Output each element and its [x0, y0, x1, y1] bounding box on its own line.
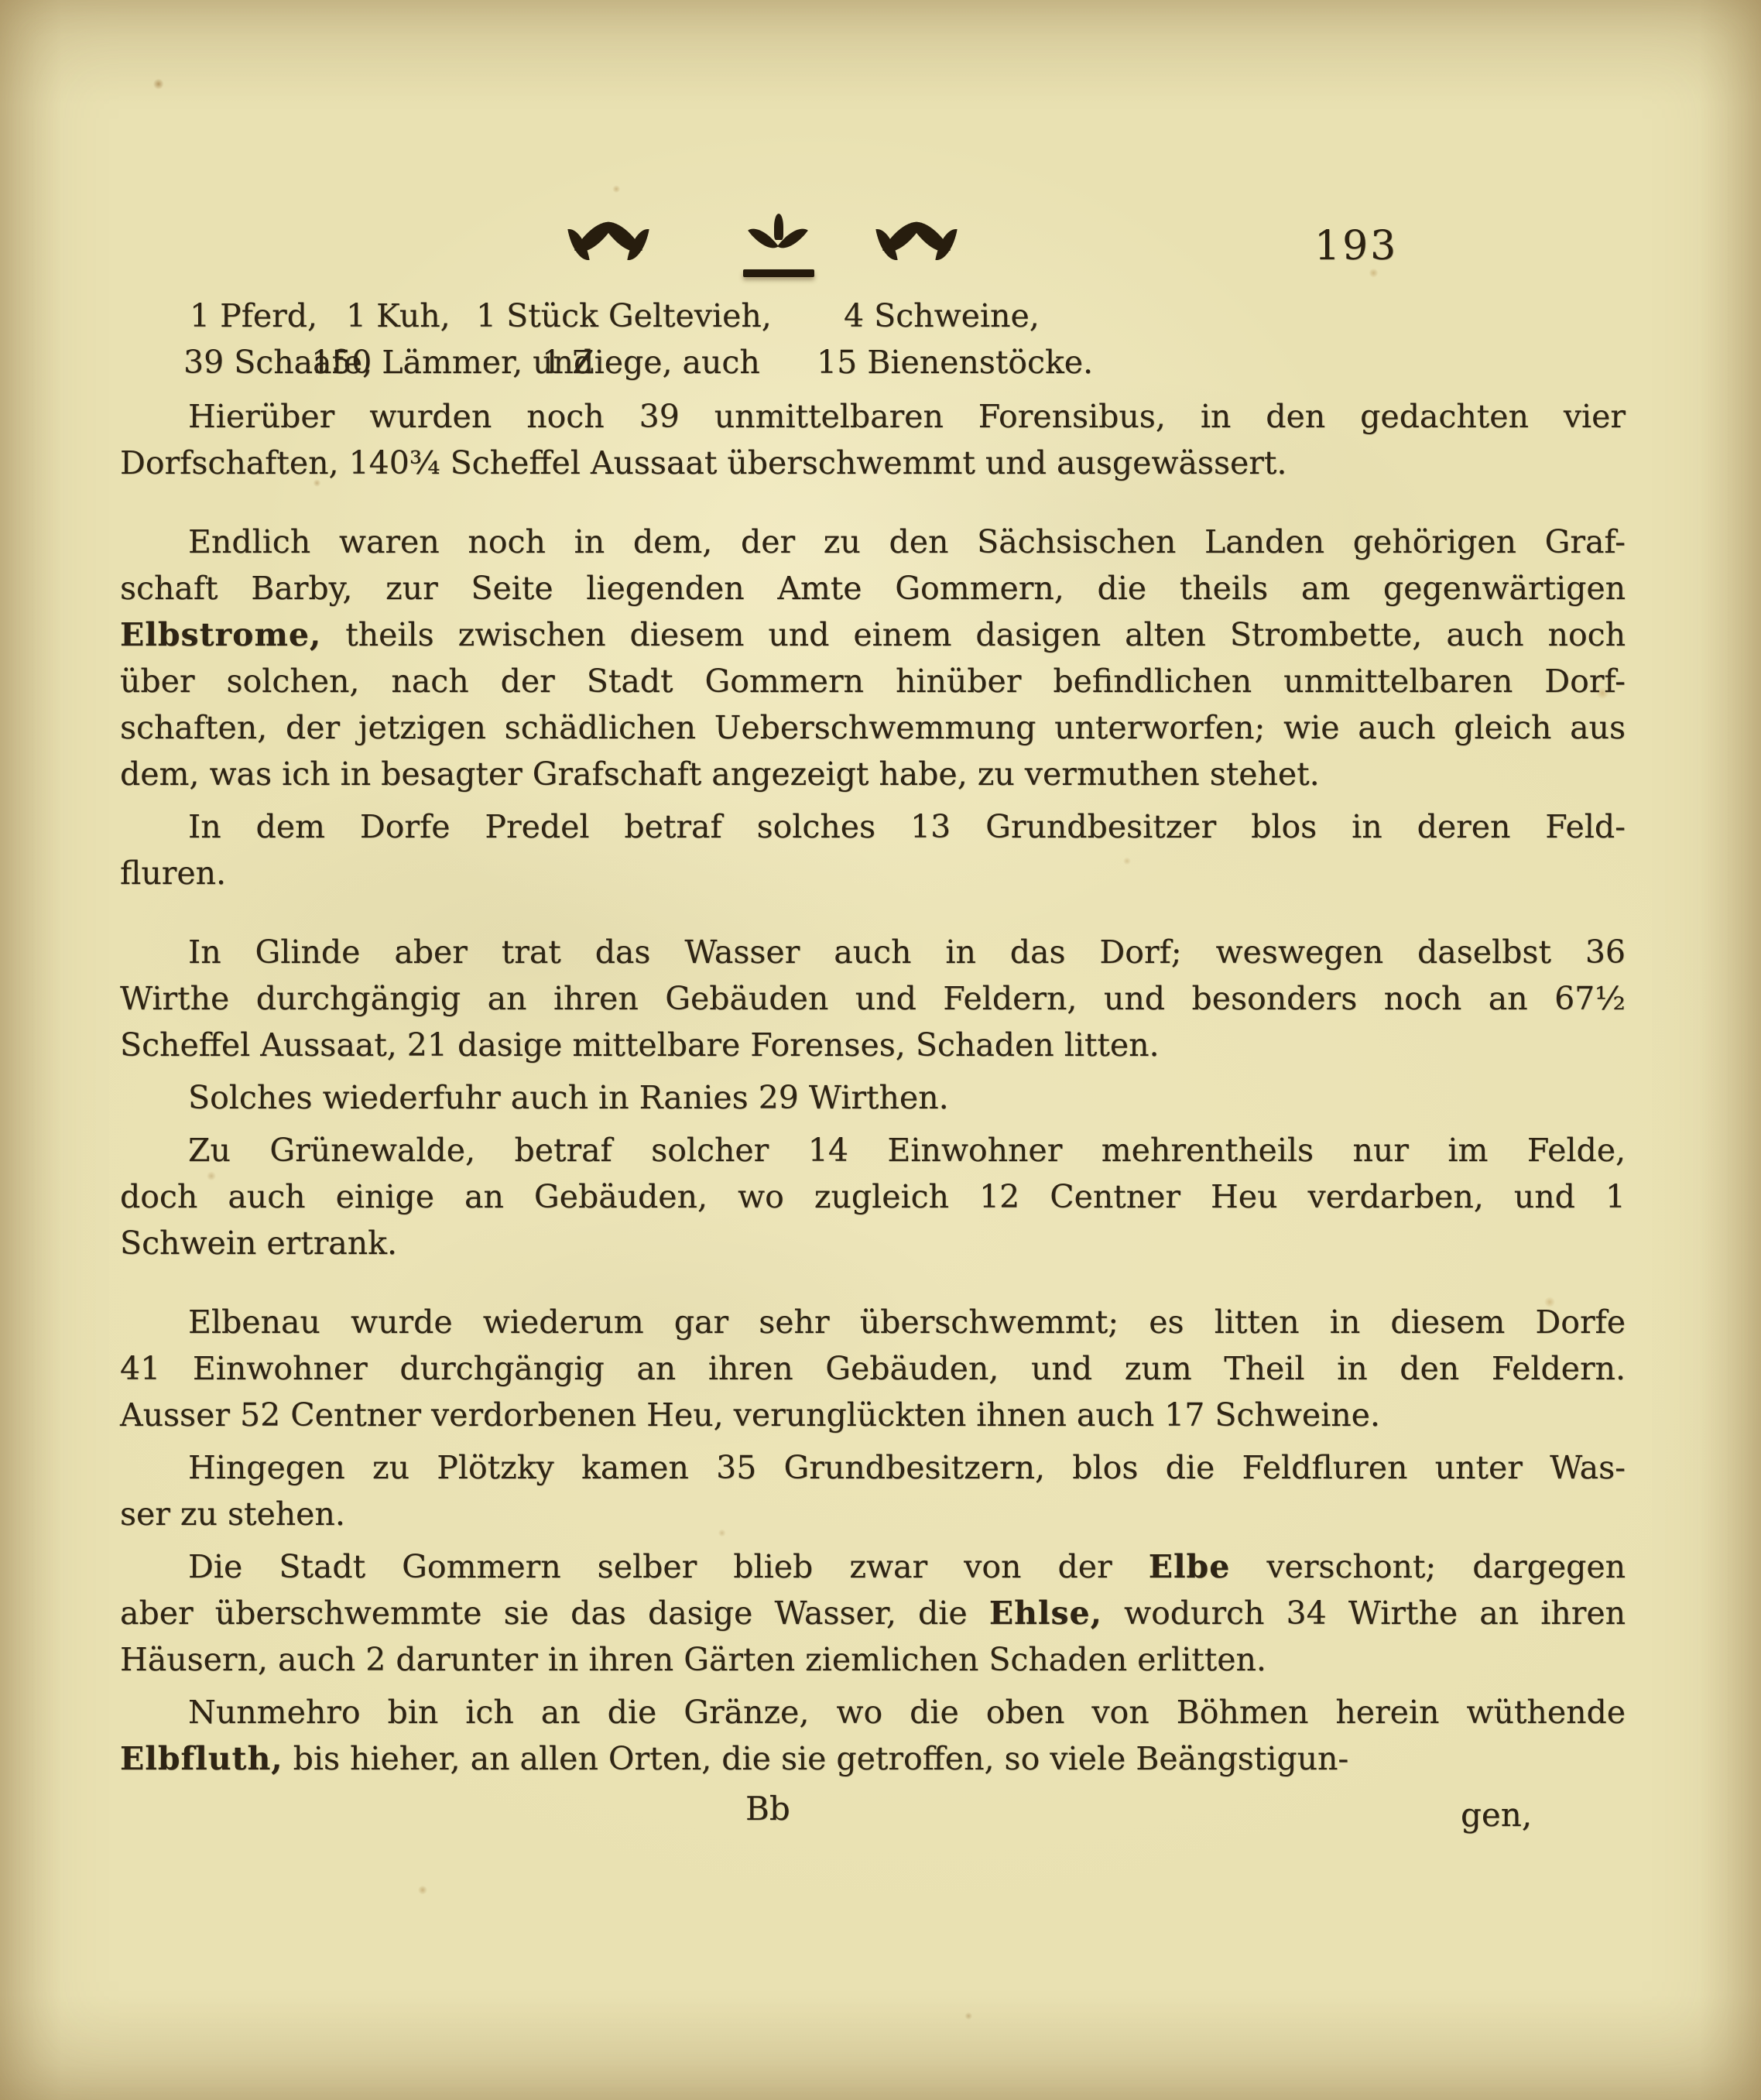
text-segment: aber überschwemmte sie das dasige Wasser… — [120, 1595, 989, 1632]
text-segment: Hingegen zu Plötzky kamen 35 Grundbesitz… — [188, 1449, 1626, 1486]
text-line: über solchen, nach der Stadt Gommern hin… — [120, 658, 1626, 704]
paragraph: Hingegen zu Plötzky kamen 35 Grundbesitz… — [120, 1444, 1626, 1537]
text-segment: Solches wiederfuhr auch in Ranies 29 Wir… — [188, 1079, 949, 1116]
text-line: Dorfschaften, 140¾ Scheffel Aussaat über… — [120, 440, 1626, 486]
text-line: Häusern, auch 2 darunter in ihren Gärten… — [120, 1636, 1626, 1683]
paragraph: Elbenau wurde wiederum gar sehr überschw… — [120, 1299, 1626, 1438]
text-line: Elbenau wurde wiederum gar sehr überschw… — [120, 1299, 1626, 1345]
text-line: Zu Grünewalde, betraf solcher 14 Einwohn… — [120, 1127, 1626, 1173]
text-line: Hingegen zu Plötzky kamen 35 Grundbesitz… — [120, 1444, 1626, 1491]
text-segment: Dorfschaften, 140¾ Scheffel Aussaat über… — [120, 444, 1286, 481]
text-segment: dem, was ich in besagter Grafschaft ange… — [120, 755, 1320, 793]
text-segment: 41 Einwohner durchgängig an ihren Gebäud… — [120, 1350, 1626, 1387]
text-segment: Elbenau wurde wiederum gar sehr überschw… — [188, 1304, 1626, 1341]
text-line: Nunmehro bin ich an die Gränze, wo die o… — [120, 1689, 1626, 1735]
text-line: Schwein ertrank. — [120, 1220, 1626, 1266]
paragraph: In Glinde aber trat das Wasser auch in d… — [120, 929, 1626, 1068]
paragraph: Solches wiederfuhr auch in Ranies 29 Wir… — [120, 1074, 1626, 1121]
emphasized-word: Elbe — [1149, 1548, 1231, 1585]
scanned-book-page: 193 1 Pferd,1 Kuh,1 Stück Geltevieh,4 Sc… — [0, 0, 1761, 2100]
text-segment: Zu Grünewalde, betraf solcher 14 Einwohn… — [188, 1132, 1626, 1169]
livestock-row: 1 Pferd,1 Kuh,1 Stück Geltevieh,4 Schwei… — [120, 293, 1626, 339]
text-line: Wirthe durchgängig an ihren Gebäuden und… — [120, 975, 1626, 1022]
livestock-cell: 4 Schweine, — [844, 293, 1040, 339]
fleuron-center-icon — [742, 212, 816, 277]
livestock-cell: 1 Stück Geltevieh, — [476, 293, 772, 339]
text-line: Ausser 52 Centner verdorbenen Heu, verun… — [120, 1392, 1626, 1438]
text-line: Hierüber wurden noch 39 unmittelbaren Fo… — [120, 393, 1626, 440]
paragraph: Nunmehro bin ich an die Gränze, wo die o… — [120, 1689, 1626, 1782]
body-paragraphs: Hierüber wurden noch 39 unmittelbaren Fo… — [120, 393, 1626, 1782]
text-segment: Nunmehro bin ich an die Gränze, wo die o… — [188, 1694, 1626, 1731]
paragraph: In dem Dorfe Predel betraf solches 13 Gr… — [120, 803, 1626, 896]
text-segment: verschont; dargegen — [1230, 1548, 1626, 1585]
text-segment: Scheffel Aussaat, 21 dasige mittelbare F… — [120, 1026, 1160, 1064]
fleuron-right-icon — [873, 207, 960, 277]
text-line: aber überschwemmte sie das dasige Wasser… — [120, 1590, 1626, 1636]
text-line: Elbstrome, theils zwischen diesem und ei… — [120, 612, 1626, 658]
paragraph: Zu Grünewalde, betraf solcher 14 Einwohn… — [120, 1127, 1626, 1266]
livestock-cell: 15 Bienenstöcke. — [817, 339, 1093, 385]
livestock-row: 39 Schaafe,150 Lämmer, und1 Ziege, auch1… — [120, 339, 1626, 385]
text-segment: doch auch einige an Gebäuden, wo zugleic… — [120, 1178, 1626, 1215]
fleuron-left-icon — [565, 207, 652, 277]
text-segment: fluren. — [120, 855, 226, 892]
text-line: In dem Dorfe Predel betraf solches 13 Gr… — [120, 803, 1626, 850]
text-line: Scheffel Aussaat, 21 dasige mittelbare F… — [120, 1022, 1626, 1068]
text-segment: Häusern, auch 2 darunter in ihren Gärten… — [120, 1641, 1266, 1678]
header-ornament — [565, 207, 1014, 277]
text-line: fluren. — [120, 850, 1626, 896]
paragraph: Endlich waren noch in dem, der zu den Sä… — [120, 519, 1626, 797]
page-number: 193 — [1314, 223, 1398, 269]
livestock-table: 1 Pferd,1 Kuh,1 Stück Geltevieh,4 Schwei… — [120, 293, 1626, 385]
text-segment: Die Stadt Gommern selber blieb zwar von … — [188, 1548, 1149, 1585]
text-line: In Glinde aber trat das Wasser auch in d… — [120, 929, 1626, 975]
text-segment: wodurch 34 Wirthe an ihren — [1102, 1595, 1626, 1632]
livestock-cell: 1 Ziege, auch — [542, 339, 760, 385]
text-line: Elbfluth, bis hieher, an allen Orten, di… — [120, 1735, 1626, 1782]
text-segment: ser zu stehen. — [120, 1495, 345, 1533]
text-block: 1 Pferd,1 Kuh,1 Stück Geltevieh,4 Schwei… — [120, 293, 1626, 1788]
paragraph: Die Stadt Gommern selber blieb zwar von … — [120, 1543, 1626, 1683]
text-line: schaften, der jetzigen schädlichen Ueber… — [120, 704, 1626, 751]
text-segment: In dem Dorfe Predel betraf solches 13 Gr… — [188, 808, 1626, 845]
text-segment: schaft Barby, zur Seite liegenden Amte G… — [120, 570, 1626, 607]
text-line: Solches wiederfuhr auch in Ranies 29 Wir… — [120, 1074, 1626, 1121]
text-segment: Ausser 52 Centner verdorbenen Heu, verun… — [120, 1396, 1380, 1434]
catchword: gen, — [1461, 1796, 1532, 1834]
text-segment: schaften, der jetzigen schädlichen Ueber… — [120, 709, 1626, 746]
text-segment: Schwein ertrank. — [120, 1225, 397, 1262]
text-line: dem, was ich in besagter Grafschaft ange… — [120, 751, 1626, 797]
emphasized-word: Ehlse, — [989, 1595, 1102, 1632]
signature-mark: Bb — [745, 1790, 790, 1828]
text-segment: theils zwischen diesem und einem dasigen… — [321, 616, 1626, 653]
text-segment: bis hieher, an allen Orten, die sie getr… — [283, 1740, 1349, 1777]
text-segment: Wirthe durchgängig an ihren Gebäuden und… — [120, 980, 1626, 1017]
paragraph: Hierüber wurden noch 39 unmittelbaren Fo… — [120, 393, 1626, 486]
text-line: ser zu stehen. — [120, 1491, 1626, 1537]
text-segment: über solchen, nach der Stadt Gommern hin… — [120, 663, 1626, 700]
text-segment: Hierüber wurden noch 39 unmittelbaren Fo… — [188, 398, 1626, 435]
text-line: 41 Einwohner durchgängig an ihren Gebäud… — [120, 1345, 1626, 1392]
text-line: Die Stadt Gommern selber blieb zwar von … — [120, 1543, 1626, 1590]
text-line: schaft Barby, zur Seite liegenden Amte G… — [120, 565, 1626, 612]
text-segment: In Glinde aber trat das Wasser auch in d… — [188, 934, 1626, 971]
page-footer: Bb gen, — [120, 1790, 1626, 1839]
livestock-cell: 1 Pferd, — [190, 293, 317, 339]
emphasized-word: Elbstrome, — [120, 616, 321, 653]
text-line: Endlich waren noch in dem, der zu den Sä… — [120, 519, 1626, 565]
text-line: doch auch einige an Gebäuden, wo zugleic… — [120, 1173, 1626, 1220]
emphasized-word: Elbfluth, — [120, 1740, 283, 1777]
livestock-cell: 1 Kuh, — [346, 293, 451, 339]
text-segment: Endlich waren noch in dem, der zu den Sä… — [188, 523, 1626, 560]
